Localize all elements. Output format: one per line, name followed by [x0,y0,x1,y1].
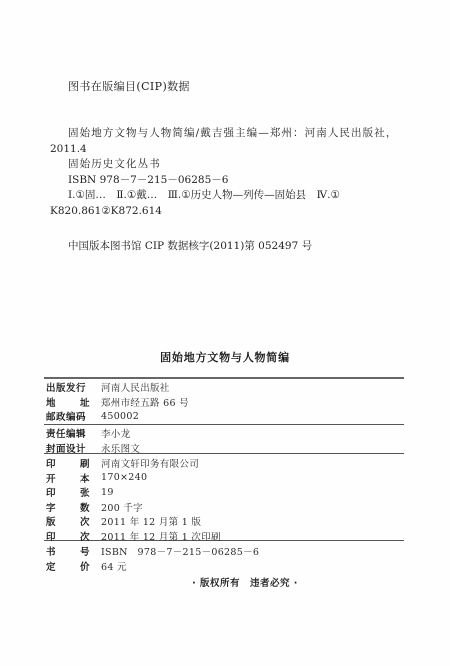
colophon-row-printing: 印次 2011 年 12 月第 1 次印刷 [46,529,221,543]
colophon-value: 李小龙 [101,426,130,440]
colophon-label: 印次 [46,529,90,543]
colophon-row-format: 开本 170×240 [46,471,147,485]
cip-line-subjects: Ⅰ.①固… Ⅱ.①戴… Ⅲ.①历史人物—列传—固始县 Ⅳ.① [50,188,420,204]
colophon-value: 2011 年 12 月第 1 版 [101,514,201,528]
colophon-label: 开本 [46,471,90,485]
colophon-row-isbn: 书号 ISBN 978－7－215－06285－6 [46,544,259,558]
colophon-label: 定价 [46,559,90,573]
colophon-label: 印刷 [46,456,90,470]
cip-line-title: 固始地方文物与人物简编/戴吉强主编—郑州：河南人民出版社， [50,126,420,142]
cip-line-isbn: ISBN 978－7－215－06285－6 [50,173,420,189]
colophon-label: 责任编辑 [46,426,90,440]
colophon-row-publisher: 出版发行 河南人民出版社 [46,380,170,394]
colophon-value: 64 元 [101,559,127,573]
divider-after-postcode [44,424,404,425]
colophon-label: 出版发行 [46,380,90,394]
colophon-value: 永乐图文 [101,441,140,455]
colophon-row-cover-design: 封面设计 永乐图文 [46,441,140,455]
colophon-row-printer: 印刷 河南文轩印务有限公司 [46,456,199,470]
colophon-value: 450002 [101,411,139,422]
colophon-label: 印张 [46,485,90,499]
colophon-value: ISBN 978－7－215－06285－6 [101,544,259,558]
copyright-notice: · 版权所有 违者必究 · [0,575,450,589]
colophon-row-edition: 版次 2011 年 12 月第 1 版 [46,514,201,528]
colophon-label: 字数 [46,500,90,514]
colophon-value: 200 千字 [101,500,143,514]
cip-verification-number: 中国版本图书馆 CIP 数据核字(2011)第 052497 号 [68,238,312,253]
colophon-value: 河南人民出版社 [101,380,170,394]
colophon-label: 封面设计 [46,441,90,455]
colophon-value: 19 [101,487,114,498]
colophon-row-sheets: 印张 19 [46,485,114,499]
cip-data-block: 固始地方文物与人物简编/戴吉强主编—郑州：河南人民出版社， 2011.4 固始历… [50,126,420,219]
divider-top [44,377,404,379]
copyright-page: 图书在版编目(CIP)数据 固始地方文物与人物简编/戴吉强主编—郑州：河南人民出… [0,0,450,666]
colophon-label: 版次 [46,514,90,528]
colophon-row-editor: 责任编辑 李小龙 [46,426,130,440]
cip-line-classification: K820.861②K872.614 [50,204,420,220]
colophon-label: 书号 [46,544,90,558]
colophon-value: 2011 年 12 月第 1 次印刷 [101,529,221,543]
colophon-label: 地址 [46,395,90,409]
colophon-value: 170×240 [101,472,147,483]
cip-line-date: 2011.4 [50,142,420,158]
colophon-value: 河南文轩印务有限公司 [101,456,199,470]
colophon-row-postcode: 邮政编码 450002 [46,409,139,423]
colophon-label: 邮政编码 [46,409,90,423]
cip-heading: 图书在版编目(CIP)数据 [68,78,190,94]
colophon-row-word-count: 字数 200 千字 [46,500,143,514]
book-title: 固始地方文物与人物简编 [0,349,450,365]
colophon-row-address: 地址 郑州市经五路 66 号 [46,395,189,409]
colophon-row-price: 定价 64 元 [46,559,127,573]
cip-line-series: 固始历史文化丛书 [50,157,420,173]
colophon-value: 郑州市经五路 66 号 [101,395,189,409]
